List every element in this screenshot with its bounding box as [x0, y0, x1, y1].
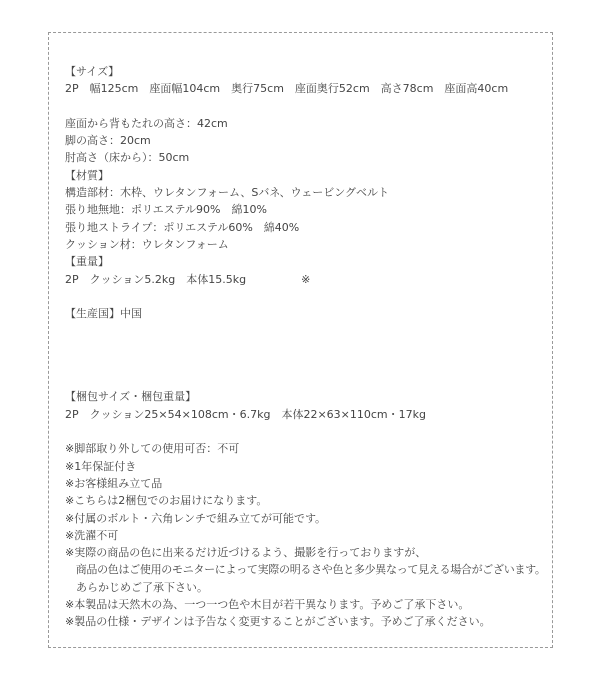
weight-title: 【重量】	[65, 253, 552, 270]
note-line: ※脚部取り外しての使用可否：不可	[65, 440, 552, 457]
note-line: あらかじめご了承下さい。	[65, 579, 552, 596]
note-line: ※実際の商品の色に出来るだけ近づけるよう、撮影を行っておりますが、	[65, 544, 552, 561]
product-spec-page: { "colors": { "background": "#ffffff", "…	[0, 0, 600, 698]
weight-values: 2P クッション5.2kg 本体15.5kg ※	[65, 271, 552, 288]
note-line: ※本製品は天然木の為、一つ一つ色や木目が若干異なります。予めご了承下さい。	[65, 596, 552, 613]
note-line: 商品の色はご使用のモニターによって実際の明るさや色と多少異なって見える場合がござ…	[65, 561, 552, 578]
size-back-height: 座面から背もたれの高さ：42cm	[65, 115, 552, 132]
package-values: 2P クッション25×54×108cm・6.7kg 本体22×63×110cm・…	[65, 406, 552, 423]
material-structure: 構造部材：木枠、ウレタンフォーム、Sバネ、ウェービングベルト	[65, 184, 552, 201]
size-leg-height: 脚の高さ：20cm	[65, 132, 552, 149]
material-cushion: クッション材：ウレタンフォーム	[65, 236, 552, 253]
note-line: ※付属のボルト・六角レンチで組み立てが可能です。	[65, 510, 552, 527]
note-line: ※1年保証付き	[65, 458, 552, 475]
note-line: ※お客様組み立て品	[65, 475, 552, 492]
size-title: 【サイズ】	[65, 63, 552, 80]
material-title: 【材質】	[65, 167, 552, 184]
origin-line: 【生産国】中国	[65, 305, 552, 322]
package-title: 【梱包サイズ・梱包重量】	[65, 388, 552, 405]
note-line: ※製品の仕様・デザインは予告なく変更することがございます。予めご了承ください。	[65, 613, 552, 630]
material-fabric-plain: 張り地無地：ポリエステル90% 綿10%	[65, 201, 552, 218]
note-line: ※洗濯不可	[65, 527, 552, 544]
size-dimensions: 2P 幅125cm 座面幅104cm 奥行75cm 座面奥行52cm 高さ78c…	[65, 80, 552, 97]
size-arm-height: 肘高さ（床から）：50cm	[65, 149, 552, 166]
material-fabric-stripe: 張り地ストライプ：ポリエステル60% 綿40%	[65, 219, 552, 236]
note-line: ※こちらは2梱包でのお届けになります。	[65, 492, 552, 509]
product-spec-box: 【サイズ】 2P 幅125cm 座面幅104cm 奥行75cm 座面奥行52cm…	[48, 32, 553, 648]
